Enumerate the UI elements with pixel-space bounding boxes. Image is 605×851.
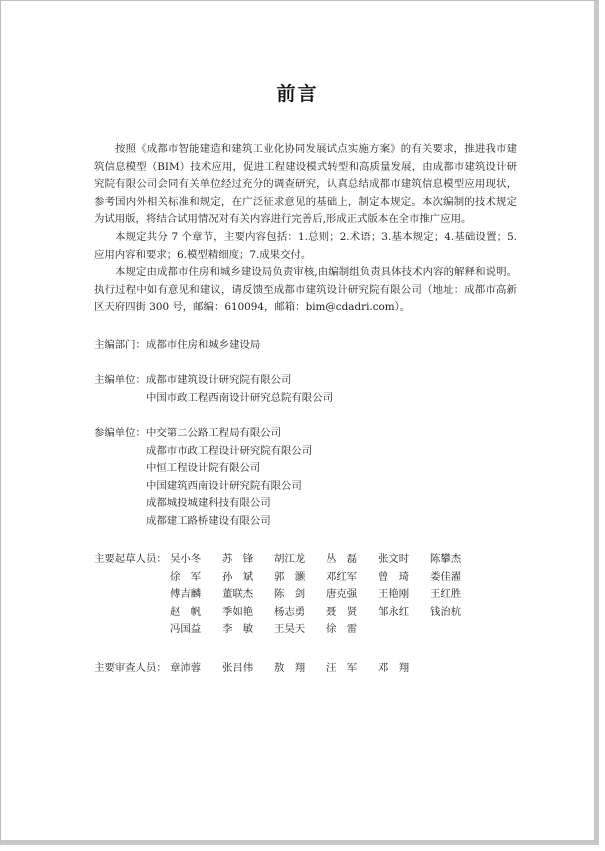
preface-body: 按照《成都市智能建造和建筑工业化协同发展试点实施方案》的有关要求，推进我市建筑信… — [94, 141, 517, 317]
chief-units-list: 成都市建筑设计研究院有限公司 中国市政工程西南设计研究总院有限公司 — [146, 372, 333, 407]
drafter-name: 张文时 — [378, 551, 430, 569]
drafter-name: 吴小冬 — [170, 551, 222, 569]
chief-unit-item: 成都市建筑设计研究院有限公司 — [146, 372, 333, 390]
drafter-name: 丛 磊 — [326, 551, 378, 569]
reviewer-name: 张吕伟 — [222, 660, 274, 678]
participating-unit-item: 成都建工路桥建设有限公司 — [146, 513, 312, 531]
reviewer-name: 汪 军 — [326, 660, 378, 678]
drafters-section: 主要起草人员： 吴小冬 苏 锋 胡江龙 丛 磊 张文时 陈攀杰 徐 军 孙 斌 … — [94, 551, 482, 639]
drafter-name: 邹永红 — [378, 604, 430, 622]
reviewers-section: 主要审查人员： 章沛蓉 张吕伟 敖 翔 汪 军 邓 翔 — [94, 660, 482, 678]
drafter-name: 徐 雷 — [326, 621, 378, 639]
drafter-name: 季如艳 — [222, 604, 274, 622]
drafter-name: 郭 灏 — [274, 569, 326, 587]
paragraph-background: 按照《成都市智能建造和建筑工业化协同发展试点实施方案》的有关要求，推进我市建筑信… — [94, 141, 517, 229]
drafter-name: 孙 斌 — [222, 569, 274, 587]
participating-unit-item: 中恒工程设计院有限公司 — [146, 460, 312, 478]
drafter-name: 赵 帆 — [170, 604, 222, 622]
reviewer-name: 邓 翔 — [378, 660, 430, 678]
drafter-name: 杨志勇 — [274, 604, 326, 622]
reviewer-name: 敖 翔 — [274, 660, 326, 678]
drafter-name: 傅吉麟 — [170, 586, 222, 604]
reviewer-name: 章沛蓉 — [170, 660, 222, 678]
chief-units-section: 主编单位： 成都市建筑设计研究院有限公司 中国市政工程西南设计研究总院有限公司 — [94, 372, 333, 407]
chief-unit-item: 中国市政工程西南设计研究总院有限公司 — [146, 390, 333, 408]
document-page: 前言 按照《成都市智能建造和建筑工业化协同发展试点实施方案》的有关要求，推进我市… — [0, 0, 599, 845]
drafter-name: 董联杰 — [222, 586, 274, 604]
drafter-name: 苏 锋 — [222, 551, 274, 569]
drafter-name: 聂 贤 — [326, 604, 378, 622]
chief-department-value: 成都市住房和城乡建设局 — [146, 337, 260, 355]
drafter-name: 娄佳濯 — [430, 569, 482, 587]
drafter-name: 李 敏 — [222, 621, 274, 639]
participating-unit-item: 中交第二公路工程局有限公司 — [146, 425, 312, 443]
drafter-name: 胡江龙 — [274, 551, 326, 569]
drafters-label: 主要起草人员： — [94, 551, 170, 639]
reviewers-names-grid: 章沛蓉 张吕伟 敖 翔 汪 军 邓 翔 — [170, 660, 482, 678]
participating-unit-item: 中国建筑西南设计研究院有限公司 — [146, 478, 312, 496]
reviewers-label: 主要审查人员： — [94, 660, 170, 678]
paragraph-contents: 本规定共分 7 个章节，主要内容包括：1.总则；2.术语；3.基本规定；4.基础… — [94, 229, 517, 264]
participating-unit-item: 成都城投城建科技有限公司 — [146, 495, 312, 513]
drafter-name: 钱治杭 — [430, 604, 482, 622]
drafter-name: 陈 剑 — [274, 586, 326, 604]
drafter-name: 王艳刚 — [378, 586, 430, 604]
chief-department-label: 主编部门： — [94, 337, 146, 355]
drafter-name: 冯国益 — [170, 621, 222, 639]
drafter-name: 徐 军 — [170, 569, 222, 587]
chief-units-label: 主编单位： — [94, 372, 146, 407]
drafter-name: 王昊天 — [274, 621, 326, 639]
drafter-name: 王红胜 — [430, 586, 482, 604]
page-title: 前言 — [1, 79, 594, 106]
participating-unit-item: 成都市市政工程设计研究院有限公司 — [146, 443, 312, 461]
participating-units-label: 参编单位： — [94, 425, 146, 531]
participating-units-list: 中交第二公路工程局有限公司 成都市市政工程设计研究院有限公司 中恒工程设计院有限… — [146, 425, 312, 531]
drafter-name: 曾 琦 — [378, 569, 430, 587]
drafters-names-grid: 吴小冬 苏 锋 胡江龙 丛 磊 张文时 陈攀杰 徐 军 孙 斌 郭 灏 邓红军 … — [170, 551, 482, 639]
drafter-name: 唐克强 — [326, 586, 378, 604]
chief-department-section: 主编部门： 成都市住房和城乡建设局 — [94, 337, 260, 355]
participating-units-section: 参编单位： 中交第二公路工程局有限公司 成都市市政工程设计研究院有限公司 中恒工… — [94, 425, 312, 531]
paragraph-feedback: 本规定由成都市住房和城乡建设局负责审核,由编制组负责具体技术内容的解释和说明。执… — [94, 264, 517, 317]
drafter-name: 陈攀杰 — [430, 551, 482, 569]
drafter-name: 邓红军 — [326, 569, 378, 587]
